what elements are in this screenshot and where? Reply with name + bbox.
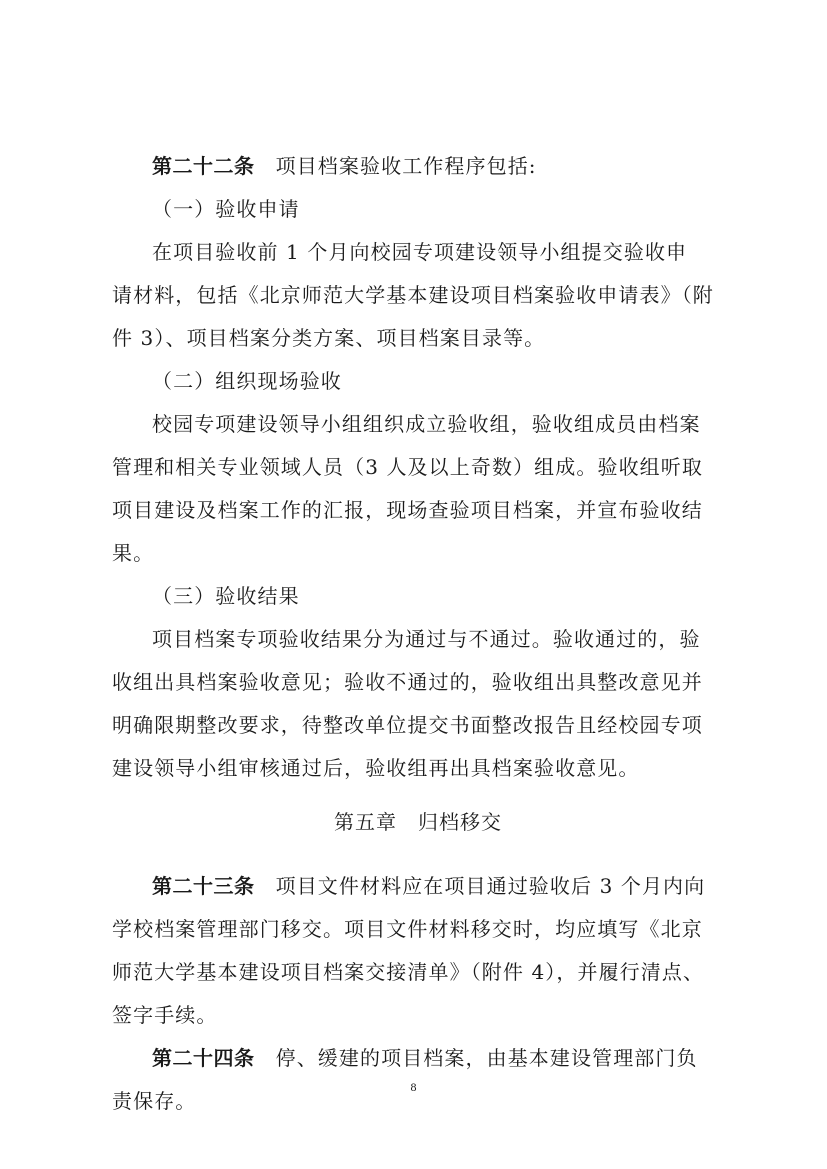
section-2-line-4: 果。 bbox=[112, 539, 724, 567]
article-24-text: 停、缓建的项目档案，由基本建设管理部门负 bbox=[276, 1046, 698, 1070]
section-2-line-3: 项目建设及档案工作的汇报，现场查验项目档案，并宣布验收结 bbox=[112, 496, 724, 524]
article-22-text: 项目档案验收工作程序包括: bbox=[276, 154, 537, 178]
article-24-line-1: 第二十四条 停、缓建的项目档案，由基本建设管理部门负 bbox=[112, 1044, 764, 1072]
page-number: 8 bbox=[0, 1080, 827, 1095]
section-2-line-1: 校园专项建设领导小组组织成立验收组，验收组成员由档案 bbox=[112, 410, 764, 438]
article-22-label: 第二十二条 bbox=[152, 154, 255, 178]
section-1-line-2: 请材料，包括《北京师范大学基本建设项目档案验收申请表》（附 bbox=[112, 281, 724, 309]
section-3-line-3: 明确限期整改要求，待整改单位提交书面整改报告且经校园专项 bbox=[112, 711, 724, 739]
chapter-5-title: 第五章 归档移交 bbox=[112, 808, 724, 836]
section-1-heading: （一）验收申请 bbox=[112, 195, 764, 223]
article-24-label: 第二十四条 bbox=[152, 1046, 255, 1070]
article-23-line-2: 学校档案管理部门移交。项目文件材料移交时，均应填写《北京 bbox=[112, 915, 724, 943]
article-23-label: 第二十三条 bbox=[152, 874, 255, 898]
section-3-heading: （三）验收结果 bbox=[112, 582, 764, 610]
section-2-line-2: 管理和相关专业领域人员（3 人及以上奇数）组成。验收组听取 bbox=[112, 453, 724, 481]
section-1-line-3: 件 3）、项目档案分类方案、项目档案目录等。 bbox=[112, 324, 724, 352]
section-1-line-1: 在项目验收前 1 个月向校园专项建设领导小组提交验收申 bbox=[112, 238, 764, 266]
section-3-line-2: 收组出具档案验收意见；验收不通过的，验收组出具整改意见并 bbox=[112, 668, 724, 696]
section-3-line-1: 项目档案专项验收结果分为通过与不通过。验收通过的，验 bbox=[112, 625, 764, 653]
article-22-heading: 第二十二条 项目档案验收工作程序包括: bbox=[112, 152, 764, 180]
section-2-heading: （二）组织现场验收 bbox=[112, 367, 764, 395]
article-23-line-4: 签字手续。 bbox=[112, 1001, 724, 1029]
section-3-line-4: 建设领导小组审核通过后，验收组再出具档案验收意见。 bbox=[112, 754, 724, 782]
article-23-text: 项目文件材料应在项目通过验收后 3 个月内向 bbox=[276, 874, 706, 898]
article-23-line-1: 第二十三条 项目文件材料应在项目通过验收后 3 个月内向 bbox=[112, 872, 764, 900]
article-23-line-3: 师范大学基本建设项目档案交接清单》（附件 4），并履行清点、 bbox=[112, 958, 724, 986]
